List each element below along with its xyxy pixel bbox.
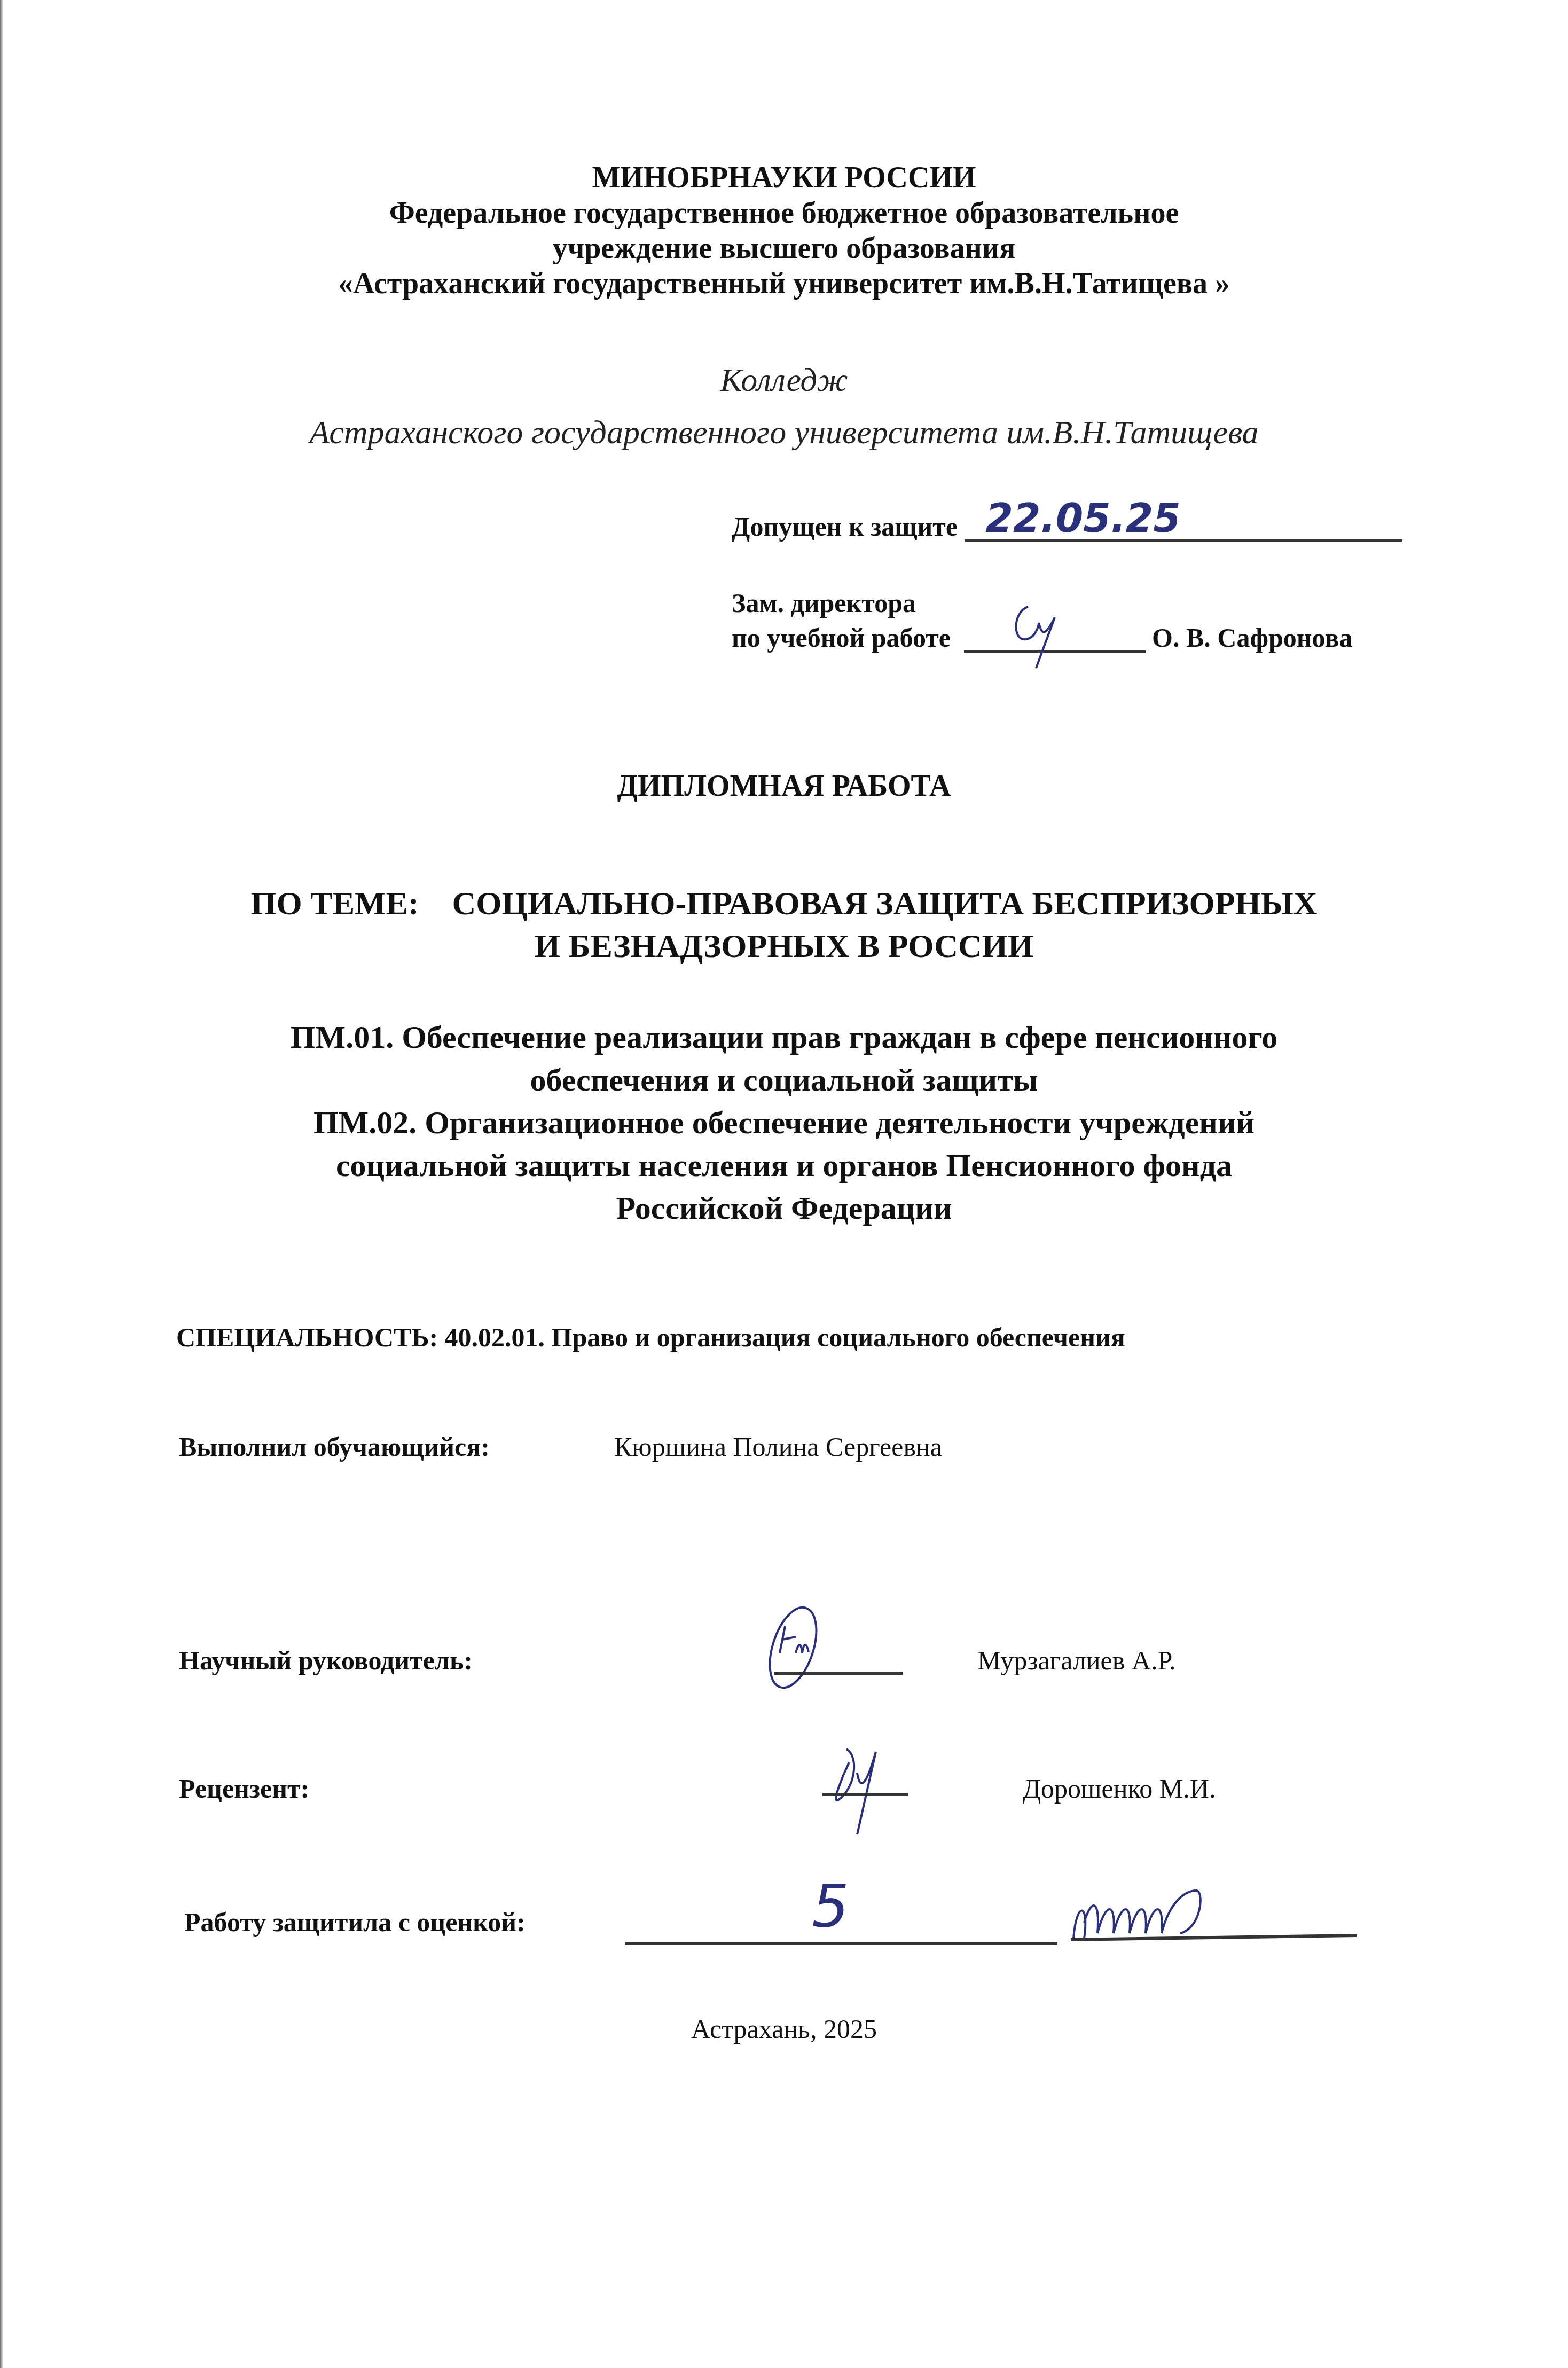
module-line-3: ПМ.02. Организационное обеспечение деяте… bbox=[0, 1103, 1568, 1142]
defense-grade-field: 5 bbox=[625, 1933, 1057, 1945]
supervisor-signature bbox=[742, 1605, 913, 1696]
defense-signature-icon bbox=[1068, 1880, 1367, 1949]
defense-grade-label: Работу защитила с оценкой: bbox=[184, 1907, 526, 1938]
topic-label: ПО ТЕМЕ: bbox=[250, 885, 419, 922]
admitted-date-field: 22.05.25 bbox=[965, 507, 1402, 542]
city-year: Астрахань, 2025 bbox=[0, 2013, 1568, 2044]
deputy-label-line-2: по учебной работе bbox=[732, 623, 951, 653]
specialty: СПЕЦИАЛЬНОСТЬ: 40.02.01. Право и организ… bbox=[176, 1322, 1125, 1353]
topic-title-line-2: И БЕЗНАДЗОРНЫХ В РОССИИ bbox=[0, 927, 1568, 966]
supervisor-name: Мурзагалиев А.Р. bbox=[977, 1645, 1176, 1676]
topic-line-1: ПО ТЕМЕ: СОЦИАЛЬНО-ПРАВОВАЯ ЗАЩИТА БЕСПР… bbox=[0, 884, 1568, 923]
reviewer-name: Дорошенко М.И. bbox=[1023, 1773, 1216, 1804]
student-name: Кюршина Полина Сергеевна bbox=[614, 1431, 942, 1462]
admitted-to-defense: Допущен к защите 22.05.25 bbox=[732, 507, 1469, 550]
student-label: Выполнил обучающийся: bbox=[179, 1431, 490, 1462]
deputy-signature-icon bbox=[1007, 596, 1071, 671]
admitted-label: Допущен к защите bbox=[732, 512, 958, 542]
university-name: «Астраханский государственный университе… bbox=[0, 266, 1568, 301]
document-type: ДИПЛОМНАЯ РАБОТА bbox=[0, 769, 1568, 803]
college-line-2: Астраханского государственного университ… bbox=[0, 411, 1568, 454]
defense-signature bbox=[1068, 1880, 1367, 1949]
reviewer-signature bbox=[817, 1741, 935, 1837]
reviewer-signature-icon bbox=[817, 1741, 935, 1837]
deputy-name: О. В. Сафронова bbox=[1152, 623, 1352, 653]
institution-line-2: учреждение высшего образования bbox=[0, 231, 1568, 266]
reviewer-label: Рецензент: bbox=[179, 1773, 309, 1804]
college-line-1: Колледж bbox=[0, 359, 1568, 402]
supervisor-label: Научный руководитель: bbox=[179, 1645, 473, 1676]
module-line-5: Российской Федерации bbox=[0, 1188, 1568, 1228]
topic-title-line-1: СОЦИАЛЬНО-ПРАВОВАЯ ЗАЩИТА БЕСПРИЗОРНЫХ bbox=[452, 885, 1318, 922]
ministry-heading: МИНОБРНАУКИ РОССИИ bbox=[0, 160, 1568, 195]
module-line-1: ПМ.01. Обеспечение реализации прав гражд… bbox=[0, 1017, 1568, 1057]
module-line-2: обеспечения и социальной защиты bbox=[0, 1060, 1568, 1100]
institution-line-1: Федеральное государственное бюджетное об… bbox=[0, 195, 1568, 231]
deputy-signature-row: по учебной работе О. В. Сафронова bbox=[732, 622, 1469, 653]
defense-grade-handwritten: 5 bbox=[812, 1872, 849, 1940]
deputy-signature-line bbox=[964, 623, 1146, 653]
supervisor-signature-icon bbox=[742, 1605, 913, 1696]
deputy-label-line-1: Зам. директора bbox=[732, 587, 916, 618]
admitted-date-handwritten: 22.05.25 bbox=[986, 496, 1181, 542]
module-line-4: социальной защиты населения и органов Пе… bbox=[0, 1146, 1568, 1185]
